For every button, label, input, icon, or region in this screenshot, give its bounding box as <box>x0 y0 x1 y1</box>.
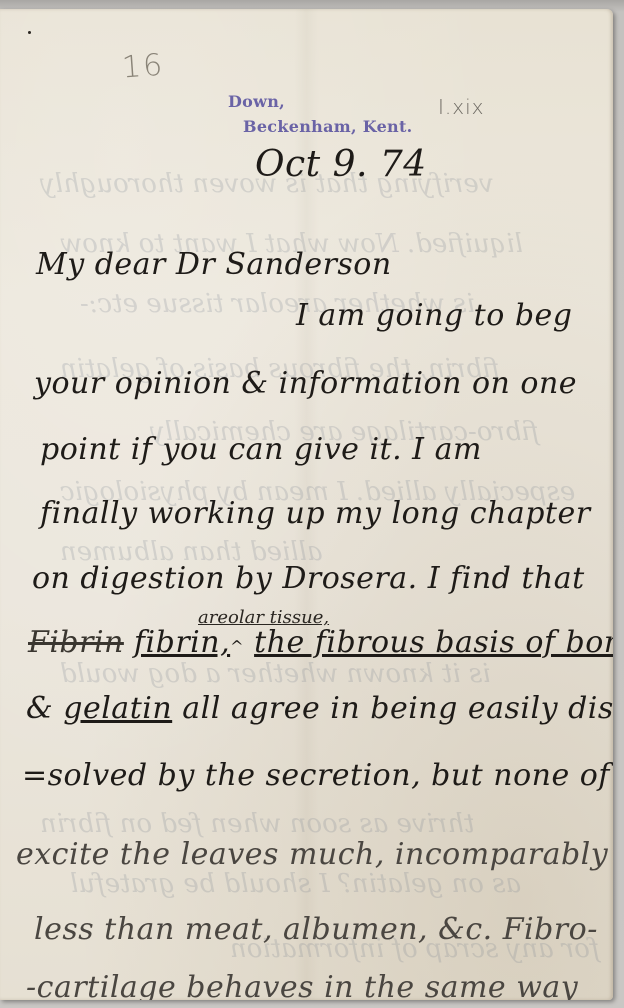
pencil-folio-number: 16 <box>121 48 166 86</box>
archive-reference: I.xix <box>438 95 484 119</box>
body-line: I am going to beg <box>296 298 573 333</box>
body-line-with-correction: Fibrin fibrin,^ the fibrous basis of bon… <box>28 625 613 660</box>
body-text: the fibrous basis of bone, <box>254 625 613 660</box>
body-text: all agree in being easily dis= <box>172 691 613 726</box>
struck-word: Fibrin <box>28 625 124 660</box>
body-line: excite the leaves much, incomparably <box>16 837 608 872</box>
letterhead-line-1: Down, <box>228 92 285 111</box>
body-line: point if you can give it. I am <box>40 432 482 467</box>
document-viewer: verifying that is woven thoroughly liqui… <box>0 0 624 1008</box>
ink-speck <box>28 31 31 34</box>
body-line: less than meat, albumen, &c. Fibro- <box>34 912 598 947</box>
letter-date: Oct 9. 74 <box>255 144 427 185</box>
insertion-caret: ^ <box>230 637 244 656</box>
underlined-word: fibrin, <box>134 625 230 660</box>
body-line: =solved by the secretion, but none of th… <box>22 758 613 793</box>
body-line: -cartilage behaves in the same way <box>26 970 578 1000</box>
bleed-through-line: is it known whether a dog would <box>60 659 491 689</box>
body-line: finally working up my long chapter <box>40 496 591 531</box>
body-line: & gelatin all agree in being easily dis= <box>26 691 613 726</box>
body-line: your opinion & information on one <box>34 366 577 401</box>
letter-page: verifying that is woven thoroughly liqui… <box>0 9 613 1000</box>
body-line: on digestion by Drosera. I find that <box>32 561 585 596</box>
bleed-through-line: thrive as soon when fed on fibrin <box>40 809 475 839</box>
salutation: My dear Dr Sanderson <box>36 247 392 282</box>
bleed-through-line: as on gelatin? I should be grateful <box>70 869 521 899</box>
body-text: & <box>26 691 63 726</box>
underlined-word: gelatin <box>63 691 172 726</box>
letterhead-line-2: Beckenham, Kent. <box>243 117 413 136</box>
